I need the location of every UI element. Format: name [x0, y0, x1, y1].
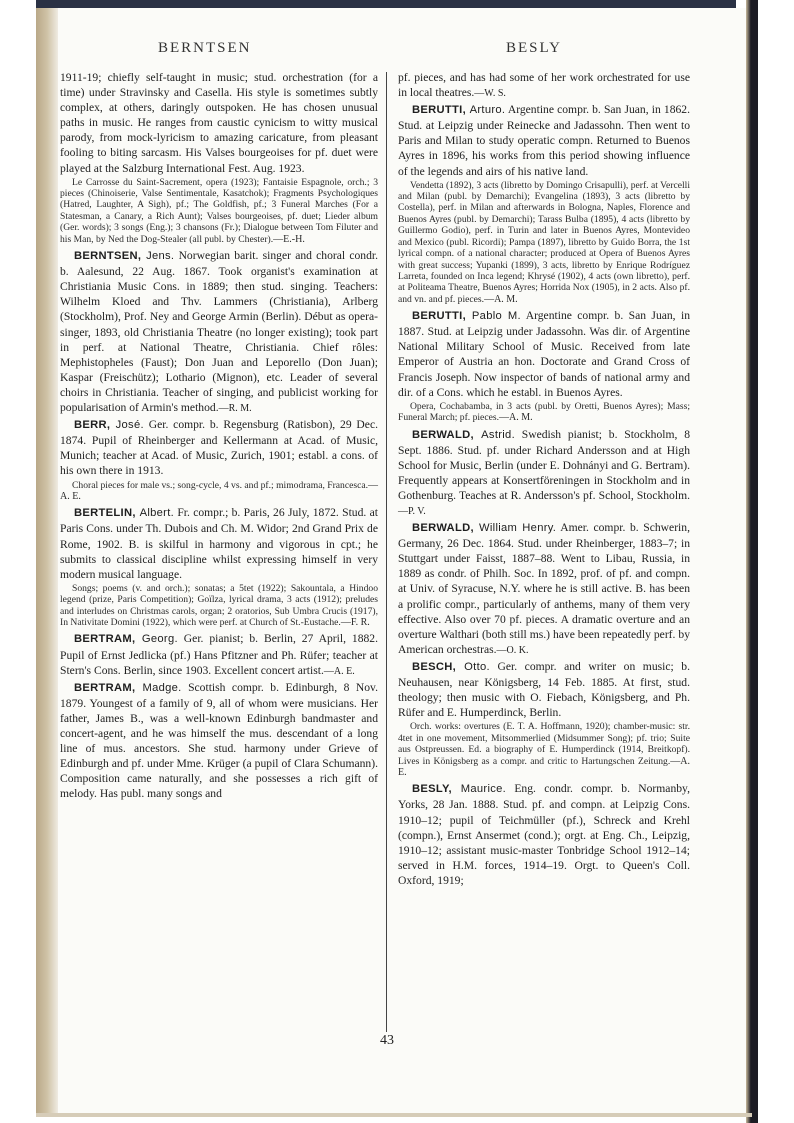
entry-berntsen-jens: BERNTSEN, Jens. Norwegian barit. singer … — [60, 248, 378, 416]
entry-berwald-astrid: BERWALD, Astrid. Swedish pianist; b. Sto… — [398, 427, 690, 520]
running-head-left: BERNTSEN — [158, 40, 252, 57]
entry-berwald-william-henry: BERWALD, William Henry. Amer. compr. b. … — [398, 520, 690, 658]
headword: BERTRAM, Madge. — [74, 682, 182, 694]
contributor-initials: —R. M. — [219, 403, 252, 414]
headword: BERWALD, Astrid. — [412, 429, 515, 441]
contributor-initials: —F. R. — [341, 617, 370, 628]
entry-berr-jose: BERR, José. Ger. compr. b. Regensburg (R… — [60, 417, 378, 478]
running-head-right: BESLY — [506, 40, 562, 57]
entry-bertram-georg: BERTRAM, Georg. Ger. pianist; b. Berlin,… — [60, 631, 378, 678]
book-right-edge — [746, 0, 758, 1123]
works-list: Le Carrosse du Saint-Sacrement, opera (1… — [60, 177, 378, 245]
entry-besch-otto: BESCH, Otto. Ger. compr. and writer on m… — [398, 659, 690, 720]
right-column: pf. pieces, and has had some of her work… — [398, 70, 690, 889]
works-list: Opera, Cochabamba, in 3 acts (publ. by O… — [398, 401, 690, 424]
entry-berutti-arturo: BERUTTI, Arturo. Argentine compr. b. San… — [398, 102, 690, 178]
continuation-text: 1911-19; chiefly self-taught in music; s… — [60, 70, 378, 176]
contributor-initials: —A. E. — [324, 666, 355, 677]
entry-berutti-pablo: BERUTTI, Pablo M. Argentine compr. b. Sa… — [398, 308, 690, 400]
contributor-initials: —P. V. — [398, 506, 426, 517]
continuation-text: pf. pieces, and has had some of her work… — [398, 70, 690, 101]
contributor-initials: —E.-H. — [273, 234, 305, 245]
book-cover-edge — [36, 0, 736, 8]
headword: BERNTSEN, Jens. — [74, 250, 174, 262]
contributor-initials: —O. K. — [497, 645, 529, 656]
contributor-initials: —A. M. — [499, 412, 533, 423]
headword: BERTELIN, Albert. — [74, 507, 174, 519]
works-list: Orch. works: overtures (E. T. A. Hoffman… — [398, 721, 690, 778]
column-divider — [386, 72, 387, 1032]
headword: BERR, José. — [74, 419, 144, 431]
page-number: 43 — [380, 1033, 394, 1049]
headword: BERWALD, William Henry. — [412, 522, 556, 534]
headword: BERUTTI, Arturo. — [412, 104, 505, 116]
left-column: 1911-19; chiefly self-taught in music; s… — [60, 70, 378, 802]
entry-besly-maurice: BESLY, Maurice. Eng. condr. compr. b. No… — [398, 781, 690, 888]
entry-bertram-madge: BERTRAM, Madge. Scottish compr. b. Edinb… — [60, 680, 378, 802]
headword: BERUTTI, Pablo M. — [412, 310, 521, 322]
works-list: Songs; poems (v. and orch.); sonatas; a … — [60, 583, 378, 629]
headword: BERTRAM, Georg. — [74, 633, 178, 645]
page-bottom-edge — [36, 1113, 752, 1117]
works-list: Vendetta (1892), 3 acts (libretto by Dom… — [398, 180, 690, 305]
headword: BESCH, Otto. — [412, 661, 490, 673]
contributor-initials: —W. S. — [474, 88, 506, 99]
contributor-initials: —A. M. — [484, 294, 518, 305]
entry-bertelin-albert: BERTELIN, Albert. Fr. compr.; b. Paris, … — [60, 505, 378, 581]
page-gutter-shadow — [36, 8, 58, 1113]
works-list: Choral pieces for male vs.; song-cycle, … — [60, 480, 378, 503]
headword: BESLY, Maurice. — [412, 783, 506, 795]
